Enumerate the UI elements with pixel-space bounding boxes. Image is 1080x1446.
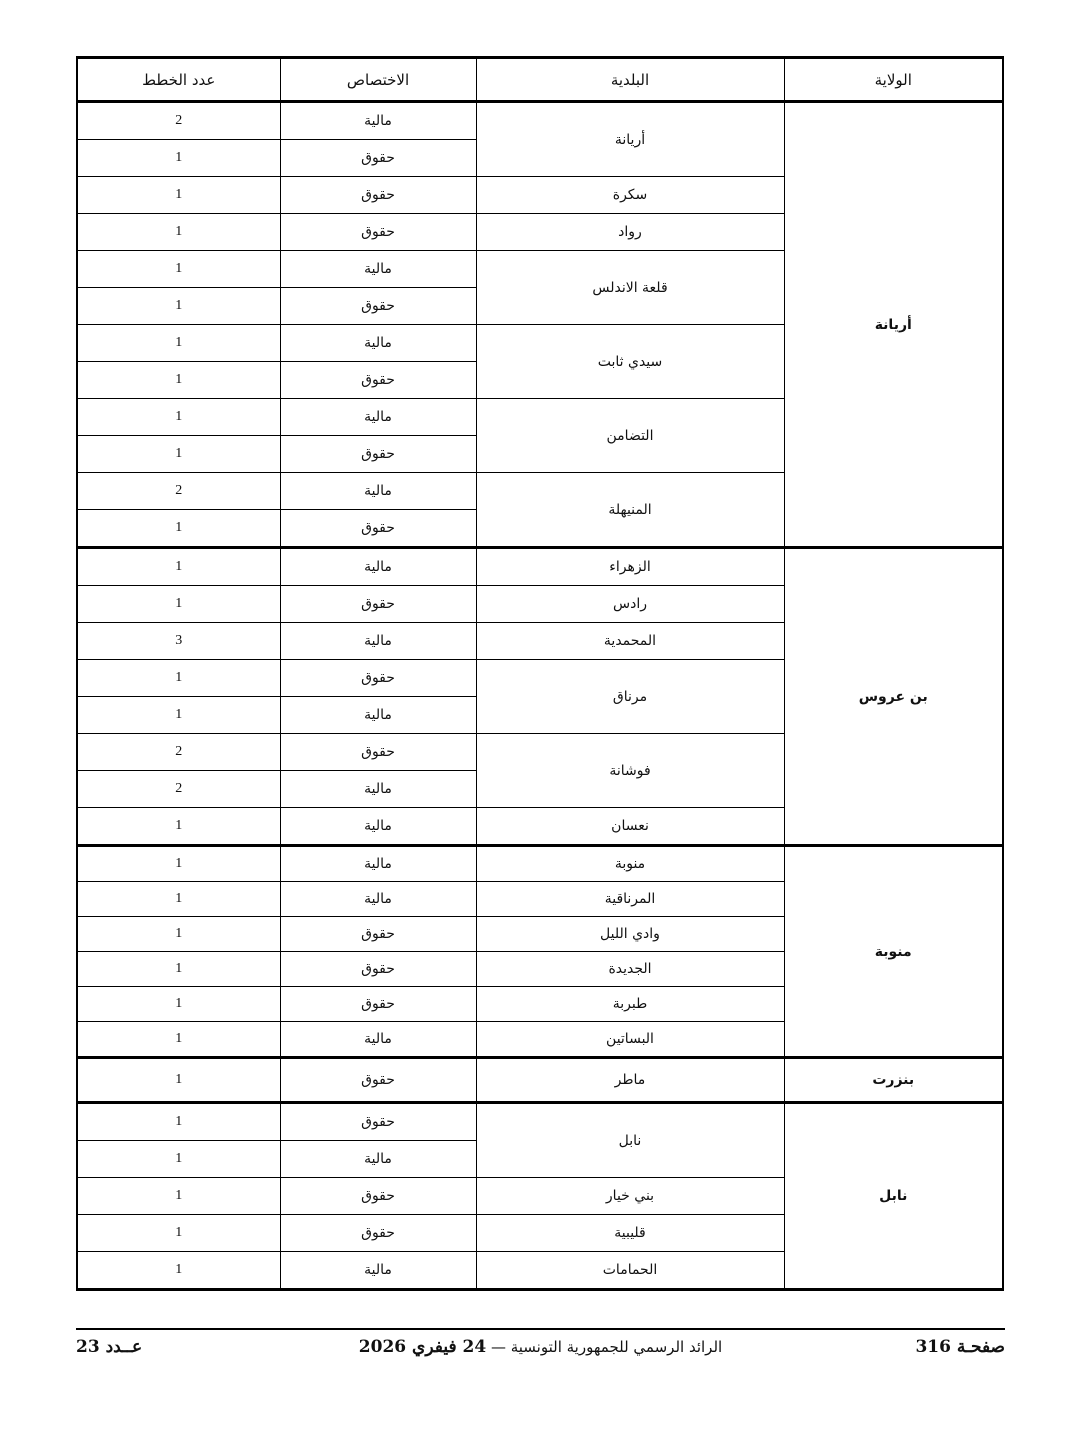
specialty-cell: مالية: [280, 882, 476, 917]
governorate-cell: بن عروس: [784, 548, 1003, 846]
specialty-cell: مالية: [280, 1141, 476, 1178]
header-municipality: البلدية: [476, 58, 784, 102]
governorate-cell: نابل: [784, 1103, 1003, 1290]
municipality-cell: بني خيار: [476, 1178, 784, 1215]
municipality-cell: رواد: [476, 214, 784, 251]
specialty-cell: حقوق: [280, 177, 476, 214]
count-cell: 3: [77, 623, 280, 660]
specialty-cell: مالية: [280, 1252, 476, 1290]
specialty-cell: حقوق: [280, 1103, 476, 1141]
count-cell: 1: [77, 1058, 280, 1103]
specialty-cell: مالية: [280, 623, 476, 660]
count-cell: 1: [77, 325, 280, 362]
municipality-cell: التضامن: [476, 399, 784, 473]
specialty-cell: حقوق: [280, 987, 476, 1022]
municipality-cell: البساتين: [476, 1022, 784, 1058]
count-cell: 1: [77, 660, 280, 697]
specialty-cell: حقوق: [280, 288, 476, 325]
count-cell: 1: [77, 510, 280, 548]
municipality-cell: رادس: [476, 586, 784, 623]
specialty-cell: حقوق: [280, 1058, 476, 1103]
count-cell: 1: [77, 177, 280, 214]
count-cell: 1: [77, 882, 280, 917]
count-cell: 1: [77, 697, 280, 734]
specialty-cell: مالية: [280, 771, 476, 808]
header-governorate: الولاية: [784, 58, 1003, 102]
specialty-cell: مالية: [280, 325, 476, 362]
specialty-cell: مالية: [280, 548, 476, 586]
municipality-cell: الحمامات: [476, 1252, 784, 1290]
count-cell: 2: [77, 102, 280, 140]
municipality-cell: وادي الليل: [476, 917, 784, 952]
specialty-cell: مالية: [280, 808, 476, 846]
governorate-cell: منوبة: [784, 846, 1003, 1058]
header-plan-count: عدد الخطط: [77, 58, 280, 102]
specialty-cell: حقوق: [280, 140, 476, 177]
count-cell: 1: [77, 436, 280, 473]
specialty-cell: حقوق: [280, 660, 476, 697]
count-cell: 1: [77, 1103, 280, 1141]
footer-divider: [76, 1328, 1005, 1330]
count-cell: 1: [77, 140, 280, 177]
specialty-cell: حقوق: [280, 436, 476, 473]
municipality-cell: الجديدة: [476, 952, 784, 987]
table-body: أريانة أريانة مالية 2 حقوق 1 سكرة حقوق 1…: [77, 102, 1003, 1290]
specialty-cell: مالية: [280, 251, 476, 288]
specialty-cell: مالية: [280, 697, 476, 734]
municipality-cell: قلعة الاندلس: [476, 251, 784, 325]
specialty-cell: مالية: [280, 399, 476, 436]
governorate-cell: بنزرت: [784, 1058, 1003, 1103]
count-cell: 1: [77, 1178, 280, 1215]
count-cell: 1: [77, 846, 280, 882]
governorate-cell: أريانة: [784, 102, 1003, 548]
count-cell: 1: [77, 1252, 280, 1290]
municipality-cell: قليبية: [476, 1215, 784, 1252]
specialty-cell: حقوق: [280, 586, 476, 623]
table-row: نابل نابل حقوق 1: [77, 1103, 1003, 1141]
count-cell: 1: [77, 1022, 280, 1058]
municipality-cell: سكرة: [476, 177, 784, 214]
journal-title: الرائد الرسمي للجمهورية التونسية —: [491, 1338, 722, 1356]
municipality-cell: نعسان: [476, 808, 784, 846]
count-cell: 1: [77, 214, 280, 251]
page-footer: صفحـة 316 الرائد الرسمي للجمهورية التونس…: [76, 1337, 1005, 1361]
journal-heading: الرائد الرسمي للجمهورية التونسية — 24 في…: [76, 1337, 1005, 1357]
municipality-cell: فوشانة: [476, 734, 784, 808]
municipality-cell: المنيهلة: [476, 473, 784, 548]
count-cell: 1: [77, 952, 280, 987]
count-cell: 1: [77, 362, 280, 399]
specialty-cell: حقوق: [280, 214, 476, 251]
specialty-cell: حقوق: [280, 362, 476, 399]
issue-label: عــدد: [106, 1337, 143, 1357]
specialty-cell: حقوق: [280, 1215, 476, 1252]
count-cell: 1: [77, 288, 280, 325]
count-cell: 1: [77, 251, 280, 288]
count-cell: 2: [77, 771, 280, 808]
specialty-cell: حقوق: [280, 1178, 476, 1215]
document-page: الولاية البلدية الاختصاص عدد الخطط أريان…: [0, 0, 1080, 1446]
municipality-cell: المرناقية: [476, 882, 784, 917]
header-specialty: الاختصاص: [280, 58, 476, 102]
count-cell: 1: [77, 548, 280, 586]
count-cell: 1: [77, 399, 280, 436]
plans-table: الولاية البلدية الاختصاص عدد الخطط أريان…: [76, 56, 1004, 1291]
count-cell: 1: [77, 586, 280, 623]
table-row: منوبة منوبة مالية 1: [77, 846, 1003, 882]
municipality-cell: سيدي ثابت: [476, 325, 784, 399]
issue-number: عــدد 23: [76, 1337, 142, 1357]
issue-number-value: 23: [76, 1337, 100, 1357]
count-cell: 1: [77, 1141, 280, 1178]
municipality-cell: المحمدية: [476, 623, 784, 660]
municipality-cell: طبربة: [476, 987, 784, 1022]
specialty-cell: مالية: [280, 846, 476, 882]
specialty-cell: حقوق: [280, 510, 476, 548]
specialty-cell: مالية: [280, 102, 476, 140]
count-cell: 2: [77, 734, 280, 771]
count-cell: 2: [77, 473, 280, 510]
table-header-row: الولاية البلدية الاختصاص عدد الخطط: [77, 58, 1003, 102]
municipality-cell: الزهراء: [476, 548, 784, 586]
municipality-cell: أريانة: [476, 102, 784, 177]
count-cell: 1: [77, 808, 280, 846]
municipality-cell: منوبة: [476, 846, 784, 882]
specialty-cell: حقوق: [280, 734, 476, 771]
municipality-cell: نابل: [476, 1103, 784, 1178]
municipality-cell: ماطر: [476, 1058, 784, 1103]
count-cell: 1: [77, 987, 280, 1022]
specialty-cell: مالية: [280, 473, 476, 510]
specialty-cell: مالية: [280, 1022, 476, 1058]
count-cell: 1: [77, 917, 280, 952]
specialty-cell: حقوق: [280, 952, 476, 987]
table-row: بن عروس الزهراء مالية 1: [77, 548, 1003, 586]
count-cell: 1: [77, 1215, 280, 1252]
publication-date: 24 فيفري 2026: [359, 1337, 486, 1357]
table-row: بنزرت ماطر حقوق 1: [77, 1058, 1003, 1103]
specialty-cell: حقوق: [280, 917, 476, 952]
municipality-cell: مرناق: [476, 660, 784, 734]
table-row: أريانة أريانة مالية 2: [77, 102, 1003, 140]
